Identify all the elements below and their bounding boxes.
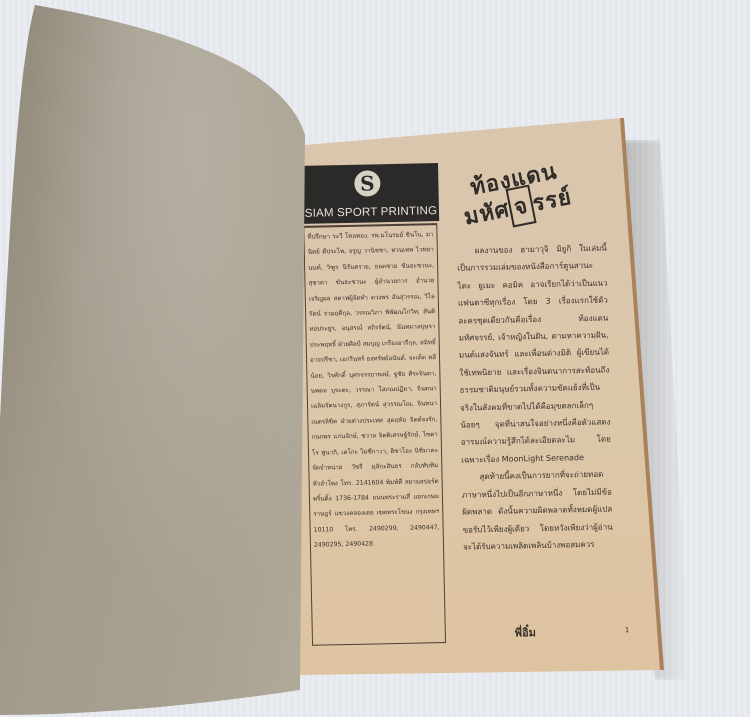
preface-paragraph-1: ผลงานของ ฮามาวุจิ มิยูกิ ในเล่มนี้เป็นกา…	[457, 240, 612, 469]
page-number: 1	[625, 626, 630, 634]
page-content: S SIAM SPORT PRINTING ที่ปรึกษา ระวี โหล…	[296, 111, 648, 678]
photo-scene: S SIAM SPORT PRINTING ที่ปรึกษา ระวี โหล…	[0, 0, 750, 717]
cover-highlight	[0, 0, 320, 717]
title-suffix: รรย์	[530, 185, 574, 217]
publisher-name: SIAM SPORT PRINTING	[303, 205, 439, 220]
publisher-banner: S SIAM SPORT PRINTING	[302, 163, 439, 224]
title-prefix: มหัศ	[462, 197, 512, 230]
preface-paragraph-2: สุดท้ายนี้คงเป็นการยากที่จะถ่ายทอดภาษาหน…	[461, 466, 613, 556]
credits-box: ที่ปรึกษา ระวี โหลทอง, รพ.มโนรมย์ ชินโน,…	[303, 223, 446, 646]
preface-text: ผลงานของ ฮามาวุจิ มิยูกิ ในเล่มนี้เป็นกา…	[457, 240, 614, 556]
siam-sport-logo-icon: S	[354, 170, 381, 197]
translator-signature: พี่อิ๋ม	[515, 623, 536, 641]
book-title: ท้องแดน มหัศจรรย์	[442, 134, 632, 238]
